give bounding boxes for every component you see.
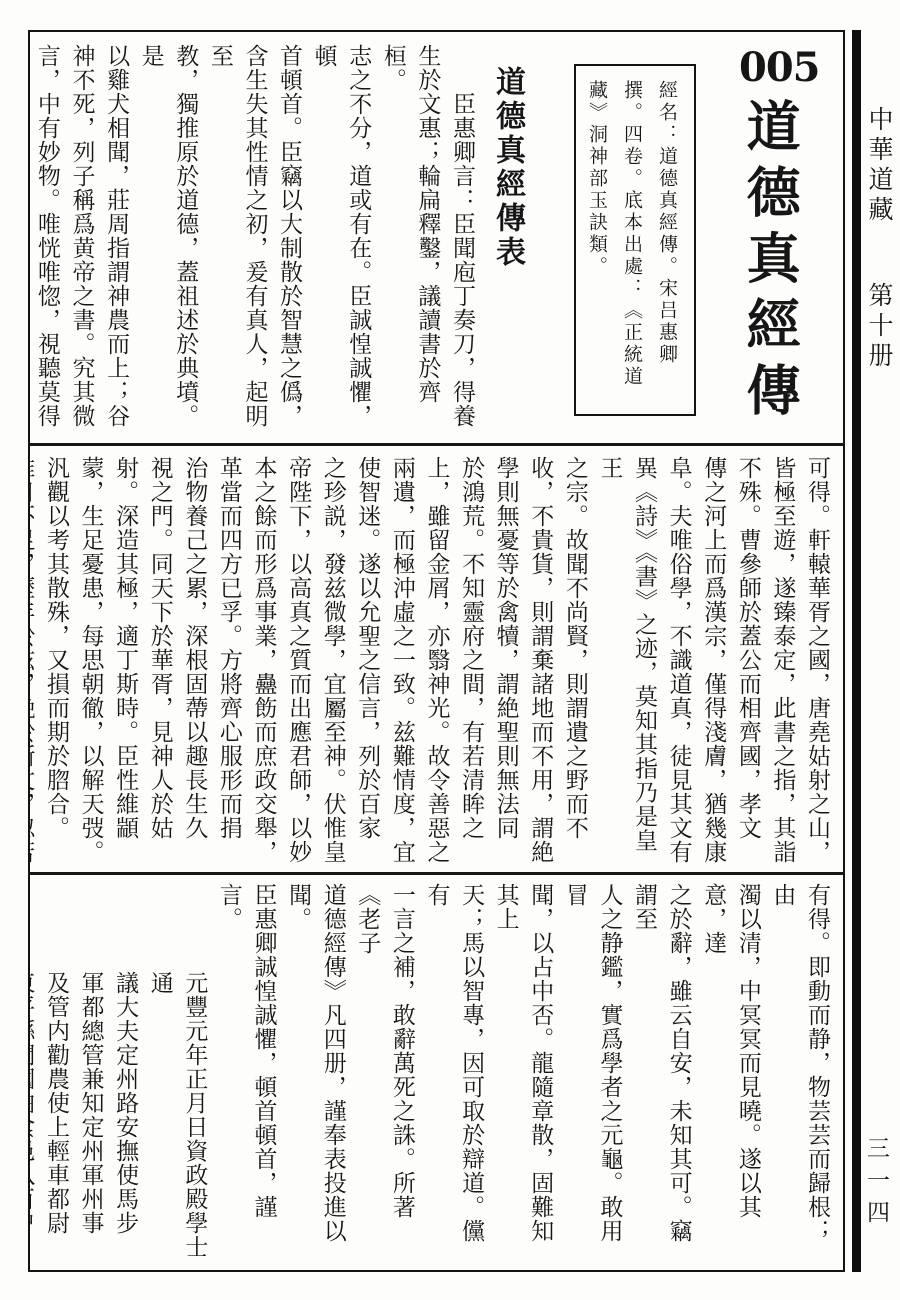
text-column: 皆極至遊，遂臻泰定，此書之指，其詣	[765, 456, 800, 866]
text-column: 濁以清，中冥冥而見曉。遂以其意，達	[696, 883, 765, 1266]
scripture-info-box: 經名：道德真經傳。宋吕惠卿撰。四卷。底本出處：《正統道藏》洞神部玉訣類。	[574, 64, 696, 416]
text-column: 及管内勸農使上輕車都尉	[38, 883, 73, 1266]
text-column: 可得。軒轅華胥之國，唐堯姑射之山，	[799, 456, 834, 866]
text-column: 蒙，生足憂患，每思朝徹，以解天弢。	[73, 456, 108, 866]
text-column: 上，雖留金屑，亦翳神光。故令善惡之	[419, 456, 454, 866]
text-column: 言，中有妙物。唯恍唯惚，視聽莫得以	[30, 44, 64, 437]
text-column: 學則無憂等於禽犢，謂絶聖則無法同	[488, 456, 523, 866]
text-column: 一言之補，敢辭萬死之誅。所著《老子	[350, 883, 419, 1266]
text-column: 以雞犬相聞，莊周指謂神農而上；谷	[98, 44, 133, 437]
text-column: 維日不足，歷年於兹，晚於斯文，忽若	[30, 456, 38, 866]
text-column: 兩遺，而極沖虛之一致。兹難情度，宜	[384, 456, 419, 866]
spine-rule	[852, 30, 861, 1272]
volume-label: 第十册	[865, 282, 894, 372]
text-column: 教，獨推原於道德，蓋祖述於典墳。是	[133, 44, 202, 437]
document-title: 道德真經傳	[741, 98, 799, 428]
title-block: 005 道德真經傳	[739, 44, 801, 428]
series-title: 中華道藏	[865, 106, 894, 226]
text-column: 藏》洞神部玉訣類。	[579, 80, 614, 400]
text-column: 異《詩》《書》之迹，莫知其指乃是皇王	[592, 456, 661, 866]
text-column: 天；馬以智專，因可取於辯道。儻有	[419, 883, 488, 1266]
text-column: 撰。四卷。底本出處：《正統道	[614, 80, 649, 400]
memorial-text-middle: 可得。軒轅華胥之國，唐堯姑射之山，皆極至遊，遂臻泰定，此書之指，其詣不殊。曹參師…	[39, 456, 834, 866]
text-column: 生於文惠；輪扁釋鑿，議讀書於齊桓。	[375, 44, 444, 437]
text-column: 臣惠卿誠惶誠懼，頓首頓首，謹言。	[211, 883, 280, 1266]
text-column: 使智迷。遂以允聖之信言，列於百家	[350, 456, 385, 866]
text-column: 首頓首。臣竊以大制散於智慧之僞，	[271, 44, 306, 437]
scripture-info-text: 經名：道德真經傳。宋吕惠卿撰。四卷。底本出處：《正統道藏》洞神部玉訣類。	[584, 80, 684, 400]
text-column: 阜。夫唯俗學，不識道真，徒見其文有	[661, 456, 696, 866]
text-column: 治物養己之累，深根固蔕以趣長生久	[177, 456, 212, 866]
text-column: 人之静鑑，實爲學者之元龜。敢用冒	[557, 883, 626, 1266]
text-column: 經名：道德真經傳。宋吕惠卿	[649, 80, 684, 400]
text-column: 議大夫定州路安撫使馬步	[108, 883, 143, 1266]
text-column: 收，不貴貨，則謂棄諸地而不用，謂絶	[523, 456, 558, 866]
text-column: 視之門。同天下於華胥，見神人於姑	[142, 456, 177, 866]
text-column: 軍都總管兼知定州軍州事	[73, 883, 108, 1266]
text-column: 元豐元年正月日資政殿學士通	[142, 883, 211, 1266]
text-column: 汎觀以考其散殊，又損而期於脗合。	[38, 456, 73, 866]
top-section: 005 道德真經傳 經名：道德真經傳。宋吕惠卿撰。四卷。底本出處：《正統道藏》洞…	[30, 32, 843, 443]
section-heading: 道德真經傳表	[479, 44, 535, 437]
document-number: 005	[739, 44, 801, 92]
series-label: 中華道藏 第十册	[864, 106, 894, 626]
text-column: 革當而四方已孚。方將齊心服形而捐	[211, 456, 246, 866]
page-number: 三一四	[862, 1136, 890, 1266]
text-column: 臣惠卿言：臣聞庖丁奏刀，得養	[444, 44, 479, 437]
memorial-text-top: 道德真經傳表 臣惠卿言：臣聞庖丁奏刀，得養生於文惠；輪扁釋鑿，議讀書於齊桓。志之…	[40, 44, 535, 437]
text-column: 於鴻荒。不知靈府之間，有若清眸之	[453, 456, 488, 866]
middle-section: 可得。軒轅華胥之國，唐堯姑射之山，皆極至遊，遂臻泰定，此書之指，其詣不殊。曹參師…	[30, 446, 843, 872]
text-column: 志之不分，道或有在。臣誠惶誠懼，頓	[306, 44, 375, 437]
text-column: 道德經傳》凡四册，謹奉表投進以聞。	[281, 883, 350, 1266]
text-column: 之珍説，發兹微學，宜屬至神。伏惟皇	[315, 456, 350, 866]
text-column: 之宗。故聞不尚賢，則謂遺之野而不	[557, 456, 592, 866]
text-column: 帝陛下，以高真之質而出應君師，以妙	[281, 456, 316, 866]
page-frame: 005 道德真經傳 經名：道德真經傳。宋吕惠卿撰。四卷。底本出處：《正統道藏》洞…	[28, 30, 845, 1272]
bottom-section: 有得。即動而静，物芸芸而歸根；由濁以清，中冥冥而見曉。遂以其意，達之於辭，雖云自…	[30, 875, 843, 1270]
text-column: 含生失其性情之初，爰有真人，起明至	[202, 44, 271, 437]
text-column: 有得。即動而静，物芸芸而歸根；由	[765, 883, 834, 1266]
text-column: 東平縣開國伯食邑八百户	[30, 883, 38, 1266]
text-column: 之於辭，雖云自安，未知其可。竊謂至	[626, 883, 695, 1266]
text-column: 傳之河上而爲漢宗，僅得淺膚，猶幾康	[696, 456, 731, 866]
text-column: 射。深造其極，適丁斯時。臣性維顓	[108, 456, 143, 866]
text-column: 不殊。曹參師於蓋公而相齊國，孝文	[730, 456, 765, 866]
memorial-text-bottom: 有得。即動而静，物芸芸而歸根；由濁以清，中冥冥而見曉。遂以其意，達之於辭，雖云自…	[39, 883, 834, 1266]
text-column: 本之餘而形爲事業，蠱飭而庶政交舉，	[246, 456, 281, 866]
text-column: 神不死，列子稱爲黄帝之書。究其微	[64, 44, 99, 437]
text-column: 聞，以占中否。龍隨章散，固難知其上	[488, 883, 557, 1266]
